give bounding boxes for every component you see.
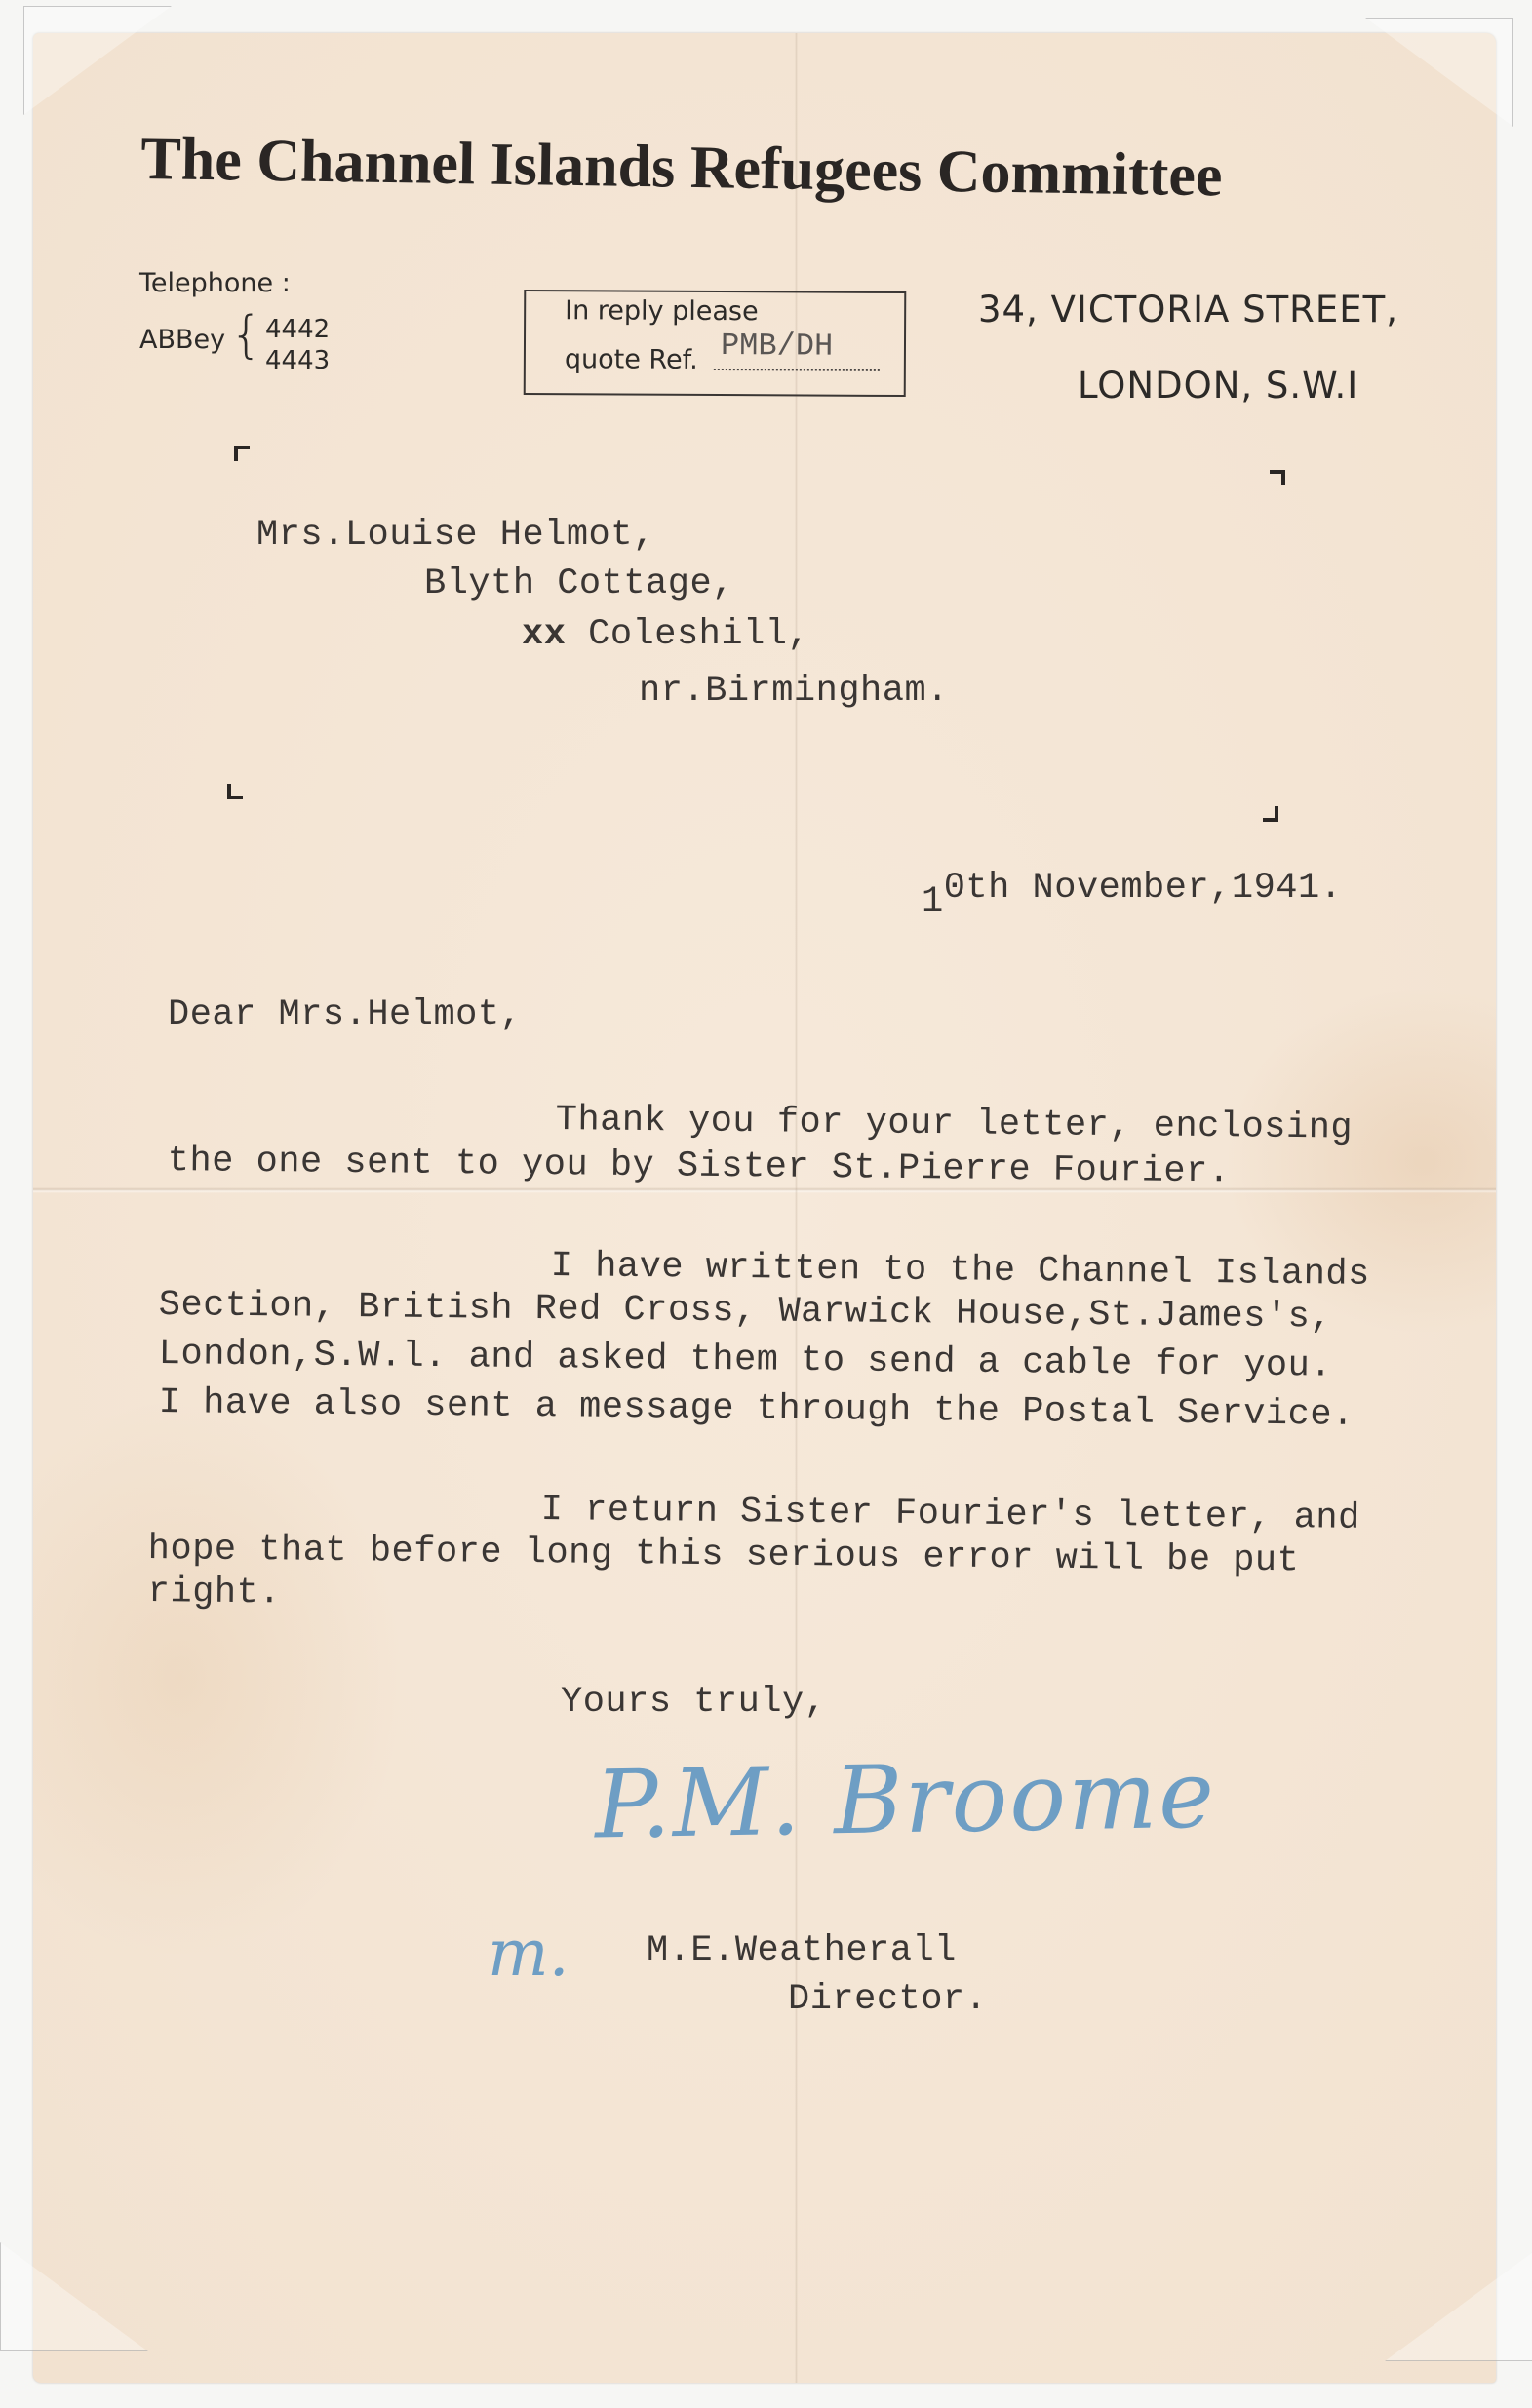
reference-prompt-line2: quote Ref. <box>565 344 698 375</box>
body-line: I have written to the Channel Islands <box>551 1246 1370 1296</box>
sender-address-line2: LONDON, S.W.I <box>1078 365 1358 407</box>
telephone-number: 4443 <box>265 345 330 376</box>
handwritten-per-initial: m. <box>488 1916 570 1991</box>
telephone-exchange: ABBey <box>139 325 225 355</box>
signatory-title: Director. <box>788 1979 987 2020</box>
letter-date: 10th November,1941. <box>922 868 1342 909</box>
recipient-address-line3: xx Coleshill, <box>522 614 809 655</box>
date-text: 0th November,1941. <box>944 868 1343 909</box>
valediction: Yours truly, <box>561 1682 826 1723</box>
address-window-mark-bottom-right <box>1263 806 1278 822</box>
reference-dotted-line <box>714 369 880 371</box>
horizontal-fold-crease <box>33 1187 1496 1193</box>
address-window-mark-top-left <box>234 446 250 461</box>
sender-address-line1: 34, VICTORIA STREET, <box>978 289 1398 330</box>
telephone-numbers: 4442 4443 <box>265 314 330 376</box>
recipient-address-line4: nr.Birmingham. <box>639 671 949 712</box>
recipient-town: Coleshill, <box>588 614 809 655</box>
recipient-name: Mrs.Louise Helmot, <box>256 515 655 556</box>
reference-value: PMB/DH <box>721 328 833 365</box>
body-line: I return Sister Fourier's letter, and <box>541 1490 1360 1539</box>
signatory-name: M.E.Weatherall <box>647 1930 957 1971</box>
handwritten-signature: P.M. Broome <box>594 1739 1217 1859</box>
body-line: Thank you for your letter, enclosing <box>556 1100 1354 1149</box>
salutation: Dear Mrs.Helmot, <box>168 994 522 1035</box>
strikeout-text: xx <box>522 614 566 655</box>
recipient-address-line2: Blyth Cottage, <box>424 563 734 604</box>
address-window-mark-top-right <box>1270 470 1285 485</box>
address-window-mark-bottom-left <box>227 784 243 799</box>
telephone-label: Telephone : <box>139 268 291 298</box>
telephone-brace: { <box>230 310 262 361</box>
body-line: right. <box>148 1572 282 1613</box>
date-day-prefix: 1 <box>922 881 944 922</box>
reference-prompt-line1: In reply please <box>565 295 759 327</box>
reference-box: In reply please quote Ref. PMB/DH <box>524 290 907 397</box>
telephone-number: 4442 <box>265 314 330 345</box>
